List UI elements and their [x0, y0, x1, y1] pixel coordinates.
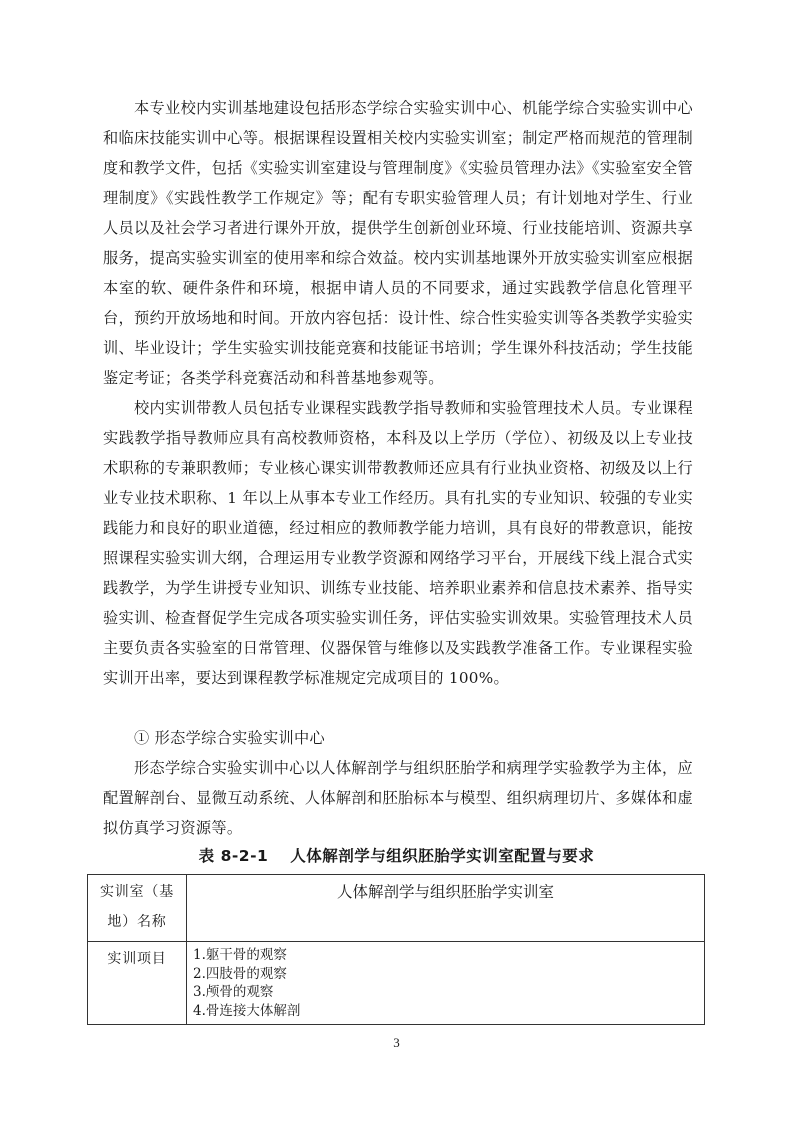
list-item: 4.骨连接大体解剖 — [193, 1002, 698, 1021]
paragraph-morphology-center: 形态学综合实验实训中心以人体解剖学与组织胚胎学和病理学实验教学为主体，应配置解剖… — [103, 753, 693, 843]
lab-configuration-table: 实训室（基地）名称 人体解剖学与组织胚胎学实训室 实训项目 1.躯干骨的观察 2… — [87, 874, 705, 1025]
list-item: 1.躯干骨的观察 — [193, 946, 698, 965]
table-cell-lab-name: 人体解剖学与组织胚胎学实训室 — [187, 875, 705, 942]
table-caption: 表 8-2-1人体解剖学与组织胚胎学实训室配置与要求 — [0, 844, 793, 866]
table-cell-label: 实训室（基地）名称 — [88, 875, 187, 942]
document-page: 本专业校内实训基地建设包括形态学综合实验实训中心、机能学综合实验实训中心和临床技… — [0, 0, 793, 1122]
table-cell-label: 实训项目 — [88, 942, 187, 1025]
table-cell-training-items: 1.躯干骨的观察 2.四肢骨的观察 3.颅骨的观察 4.骨连接大体解剖 — [187, 942, 705, 1025]
list-item: 3.颅骨的观察 — [193, 983, 698, 1002]
table-caption-title: 人体解剖学与组织胚胎学实训室配置与要求 — [290, 847, 594, 865]
page-number: 3 — [0, 1035, 793, 1051]
table-row: 实训项目 1.躯干骨的观察 2.四肢骨的观察 3.颅骨的观察 4.骨连接大体解剖 — [88, 942, 705, 1025]
section-heading-morphology-center: ① 形态学综合实验实训中心 — [103, 723, 693, 753]
table-caption-number: 表 8-2-1 — [199, 847, 269, 865]
table-row: 实训室（基地）名称 人体解剖学与组织胚胎学实训室 — [88, 875, 705, 942]
paragraph-training-base: 本专业校内实训基地建设包括形态学综合实验实训中心、机能学综合实验实训中心和临床技… — [103, 93, 693, 393]
list-item: 2.四肢骨的观察 — [193, 965, 698, 984]
paragraph-training-staff: 校内实训带教人员包括专业课程实践教学指导教师和实验管理技术人员。专业课程实践教学… — [103, 393, 693, 693]
